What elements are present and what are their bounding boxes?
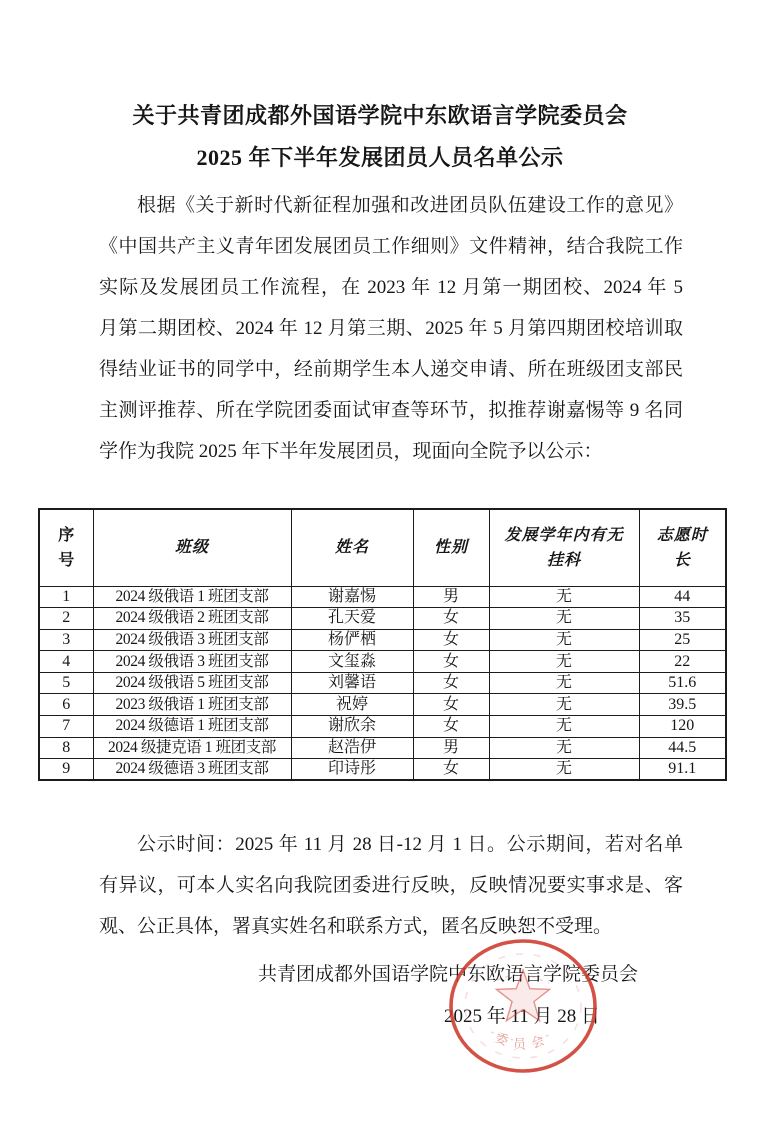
cell-gender: 女: [413, 694, 489, 716]
cell-failed-courses: 无: [489, 586, 639, 608]
cell-gender: 女: [413, 716, 489, 738]
cell-class: 2024 级俄语 3 班团支部: [93, 629, 291, 651]
cell-index: 7: [39, 716, 93, 738]
cell-failed-courses: 无: [489, 694, 639, 716]
cell-volunteer-hours: 22: [639, 651, 726, 673]
closing-paragraph: 公示时间：2025 年 11 月 28 日-12 月 1 日。公示期间，若对名单…: [99, 824, 683, 947]
cell-failed-courses: 无: [489, 759, 639, 781]
cell-gender: 男: [413, 737, 489, 759]
body-paragraph: 根据《关于新时代新征程加强和改进团员队伍建设工作的意见》 《中国共产主义青年团发…: [99, 185, 683, 472]
column-header-index: 序号: [39, 509, 93, 586]
cell-gender: 女: [413, 651, 489, 673]
cell-gender: 女: [413, 608, 489, 630]
document-title-line2: 2025 年下半年发展团员人员名单公示: [0, 141, 760, 172]
cell-class: 2024 级德语 3 班团支部: [93, 759, 291, 781]
cell-index: 5: [39, 672, 93, 694]
cell-name: 谢欣余: [291, 716, 413, 738]
table-row: 5 2024 级俄语 5 班团支部 刘馨语 女 无 51.6: [39, 672, 726, 694]
cell-gender: 女: [413, 629, 489, 651]
cell-class: 2024 级捷克语 1 班团支部: [93, 737, 291, 759]
document-title-line1: 关于共青团成都外国语学院中东欧语言学院委员会: [0, 99, 760, 130]
body-line: 月第二期团校、2024 年 12 月第三期、2025 年 5 月第四期团校培训取: [99, 308, 683, 349]
cell-index: 6: [39, 694, 93, 716]
table-row: 6 2023 级俄语 1 班团支部 祝婷 女 无 39.5: [39, 694, 726, 716]
table-header-row: 序号 班级 姓名 性别 发展学年内有无挂科 志愿时长: [39, 509, 726, 586]
cell-gender: 女: [413, 672, 489, 694]
table-row: 7 2024 级德语 1 班团支部 谢欣余 女 无 120: [39, 716, 726, 738]
closing-line: 观、公正具体，署真实姓名和联系方式，匿名反映恕不受理。: [99, 906, 683, 947]
cell-volunteer-hours: 51.6: [639, 672, 726, 694]
cell-volunteer-hours: 120: [639, 716, 726, 738]
cell-failed-courses: 无: [489, 629, 639, 651]
cell-name: 孔天爱: [291, 608, 413, 630]
body-line: 根据《关于新时代新征程加强和改进团员队伍建设工作的意见》: [99, 185, 683, 226]
table-row: 9 2024 级德语 3 班团支部 印诗彤 女 无 91.1: [39, 759, 726, 781]
signature-date: 2025 年 11 月 28 日: [0, 1004, 760, 1030]
cell-volunteer-hours: 91.1: [639, 759, 726, 781]
cell-volunteer-hours: 44.5: [639, 737, 726, 759]
cell-name: 文玺淼: [291, 651, 413, 673]
cell-class: 2024 级俄语 1 班团支部: [93, 586, 291, 608]
cell-volunteer-hours: 25: [639, 629, 726, 651]
cell-gender: 男: [413, 586, 489, 608]
body-line: 得结业证书的同学中，经前期学生本人递交申请、所在班级团支部民: [99, 349, 683, 390]
cell-index: 9: [39, 759, 93, 781]
cell-name: 印诗彤: [291, 759, 413, 781]
cell-index: 4: [39, 651, 93, 673]
cell-index: 3: [39, 629, 93, 651]
closing-line: 有异议，可本人实名向我院团委进行反映，反映情况要实事求是、客: [99, 865, 683, 906]
cell-volunteer-hours: 44: [639, 586, 726, 608]
cell-name: 祝婷: [291, 694, 413, 716]
cell-failed-courses: 无: [489, 672, 639, 694]
cell-gender: 女: [413, 759, 489, 781]
cell-class: 2024 级德语 1 班团支部: [93, 716, 291, 738]
cell-class: 2024 级俄语 2 班团支部: [93, 608, 291, 630]
signature-organization: 共青团成都外国语学院中东欧语言学院委员会: [0, 962, 760, 988]
cell-failed-courses: 无: [489, 737, 639, 759]
cell-name: 杨俨栖: [291, 629, 413, 651]
cell-name: 谢嘉惕: [291, 586, 413, 608]
cell-failed-courses: 无: [489, 651, 639, 673]
column-header-volunteer-hours: 志愿时长: [639, 509, 726, 586]
document-page: 关于共青团成都外国语学院中东欧语言学院委员会 2025 年下半年发展团员人员名单…: [0, 0, 760, 1123]
column-header-gender: 性别: [413, 509, 489, 586]
cell-class: 2024 级俄语 5 班团支部: [93, 672, 291, 694]
seal-text: 委员会: [493, 1030, 553, 1052]
table-row: 3 2024 级俄语 3 班团支部 杨俨栖 女 无 25: [39, 629, 726, 651]
cell-class: 2023 级俄语 1 班团支部: [93, 694, 291, 716]
body-line: 实际及发展团员工作流程，在 2023 年 12 月第一期团校、2024 年 5: [99, 267, 683, 308]
column-header-name: 姓名: [291, 509, 413, 586]
cell-failed-courses: 无: [489, 716, 639, 738]
table-row: 2 2024 级俄语 2 班团支部 孔天爱 女 无 35: [39, 608, 726, 630]
cell-index: 2: [39, 608, 93, 630]
cell-volunteer-hours: 39.5: [639, 694, 726, 716]
cell-name: 赵浩伊: [291, 737, 413, 759]
cell-class: 2024 级俄语 3 班团支部: [93, 651, 291, 673]
cell-index: 8: [39, 737, 93, 759]
table-row: 4 2024 级俄语 3 班团支部 文玺淼 女 无 22: [39, 651, 726, 673]
table-row: 8 2024 级捷克语 1 班团支部 赵浩伊 男 无 44.5: [39, 737, 726, 759]
body-line: 主测评推荐、所在学院团委面试审查等环节，拟推荐谢嘉惕等 9 名同: [99, 390, 683, 431]
cell-volunteer-hours: 35: [639, 608, 726, 630]
cell-name: 刘馨语: [291, 672, 413, 694]
body-line: 《中国共产主义青年团发展团员工作细则》文件精神，结合我院工作: [99, 226, 683, 267]
column-header-class: 班级: [93, 509, 291, 586]
cell-index: 1: [39, 586, 93, 608]
member-roster-table: 序号 班级 姓名 性别 发展学年内有无挂科 志愿时长 1 2024 级俄语 1 …: [38, 508, 727, 781]
closing-line: 公示时间：2025 年 11 月 28 日-12 月 1 日。公示期间，若对名单: [99, 824, 683, 865]
table-row: 1 2024 级俄语 1 班团支部 谢嘉惕 男 无 44: [39, 586, 726, 608]
cell-failed-courses: 无: [489, 608, 639, 630]
column-header-failed-courses: 发展学年内有无挂科: [489, 509, 639, 586]
body-line: 学作为我院 2025 年下半年发展团员，现面向全院予以公示：: [99, 431, 683, 472]
